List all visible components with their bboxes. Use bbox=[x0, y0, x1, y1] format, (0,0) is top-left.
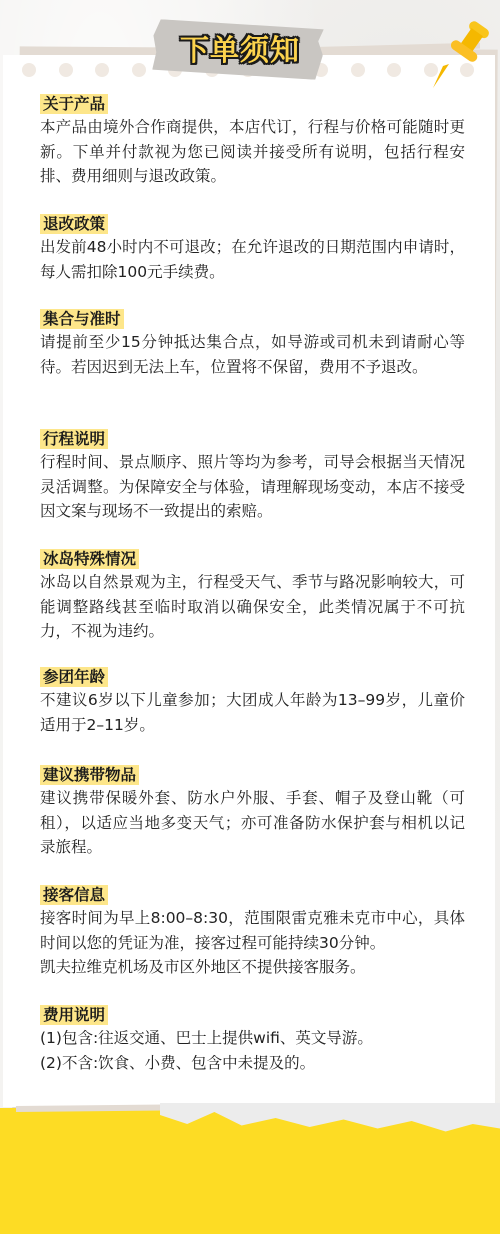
section-body: 凯夫拉维克机场及市区外地区不提供接客服务。 bbox=[40, 955, 465, 980]
section-fees: 费用说明 (1)包含:往返交通、巴士上提供wifi、英文导游。 (2)不含:饮食… bbox=[40, 1005, 465, 1075]
section-heading: 关于产品 bbox=[40, 94, 108, 114]
fee-excluded: (2)不含:饮食、小费、包含中未提及的。 bbox=[40, 1051, 465, 1076]
dot bbox=[351, 63, 365, 77]
section-body: 不建议6岁以下儿童参加；大团成人年龄为13–99岁，儿童价适用于2–11岁。 bbox=[40, 688, 465, 737]
fee-included: (1)包含:往返交通、巴士上提供wifi、英文导游。 bbox=[40, 1026, 465, 1051]
section-heading: 费用说明 bbox=[40, 1005, 108, 1025]
section-heading: 集合与准时 bbox=[40, 309, 124, 329]
section-heading: 行程说明 bbox=[40, 429, 108, 449]
section-body: 冰岛以自然景观为主，行程受天气、季节与路况影响较大，可能调整路线甚至临时取消以确… bbox=[40, 570, 465, 644]
section-body: 本产品由境外合作商提供，本店代订，行程与价格可能随时更新。下单并付款视为您已阅读… bbox=[40, 115, 465, 189]
section-itinerary: 行程说明 行程时间、景点顺序、照片等均为参考，司导会根据当天情况灵活调整。为保障… bbox=[40, 429, 465, 549]
notice-content: 关于产品 本产品由境外合作商提供，本店代订，行程与价格可能随时更新。下单并付款视… bbox=[40, 94, 465, 1075]
section-heading: 冰岛特殊情况 bbox=[40, 549, 139, 569]
section-refund-policy: 退改政策 出发前48小时内不可退改；在允许退改的日期范围内申请时，每人需扣除10… bbox=[40, 214, 465, 309]
yellow-footer-band bbox=[0, 1108, 500, 1234]
dot bbox=[387, 63, 401, 77]
section-heading: 参团年龄 bbox=[40, 667, 108, 687]
section-iceland-special: 冰岛特殊情况 冰岛以自然景观为主，行程受天气、季节与路况影响较大，可能调整路线甚… bbox=[40, 549, 465, 667]
dot bbox=[59, 63, 73, 77]
section-meeting-punctuality: 集合与准时 请提前至少15分钟抵达集合点，如导游或司机未到请耐心等待。若因迟到无… bbox=[40, 309, 465, 429]
section-heading: 退改政策 bbox=[40, 214, 108, 234]
section-body: 行程时间、景点顺序、照片等均为参考，司导会根据当天情况灵活调整。为保障安全与体验… bbox=[40, 450, 465, 524]
section-body: 出发前48小时内不可退改；在允许退改的日期范围内申请时，每人需扣除100元手续费… bbox=[40, 235, 465, 284]
pushpin-icon bbox=[425, 16, 495, 88]
section-heading: 建议携带物品 bbox=[40, 765, 139, 785]
page-title: 下单须知 bbox=[170, 28, 310, 69]
dot bbox=[95, 63, 109, 77]
section-about-product: 关于产品 本产品由境外合作商提供，本店代订，行程与价格可能随时更新。下单并付款视… bbox=[40, 94, 465, 214]
dot bbox=[22, 63, 36, 77]
section-body: 请提前至少15分钟抵达集合点，如导游或司机未到请耐心等待。若因迟到无法上车，位置… bbox=[40, 330, 465, 379]
dot bbox=[132, 63, 146, 77]
section-items-to-bring: 建议携带物品 建议携带保暖外套、防水户外服、手套、帽子及登山靴（可租），以适应当… bbox=[40, 765, 465, 885]
section-heading: 接客信息 bbox=[40, 885, 108, 905]
section-pickup-info: 接客信息 接客时间为早上8:00–8:30，范围限雷克雅未克市中心，具体时间以您… bbox=[40, 885, 465, 1005]
section-body: 建议携带保暖外套、防水户外服、手套、帽子及登山靴（可租），以适应当地多变天气；亦… bbox=[40, 786, 465, 860]
section-body: 接客时间为早上8:00–8:30，范围限雷克雅未克市中心，具体时间以您的凭证为准… bbox=[40, 906, 465, 955]
section-age: 参团年龄 不建议6岁以下儿童参加；大团成人年龄为13–99岁，儿童价适用于2–1… bbox=[40, 667, 465, 765]
